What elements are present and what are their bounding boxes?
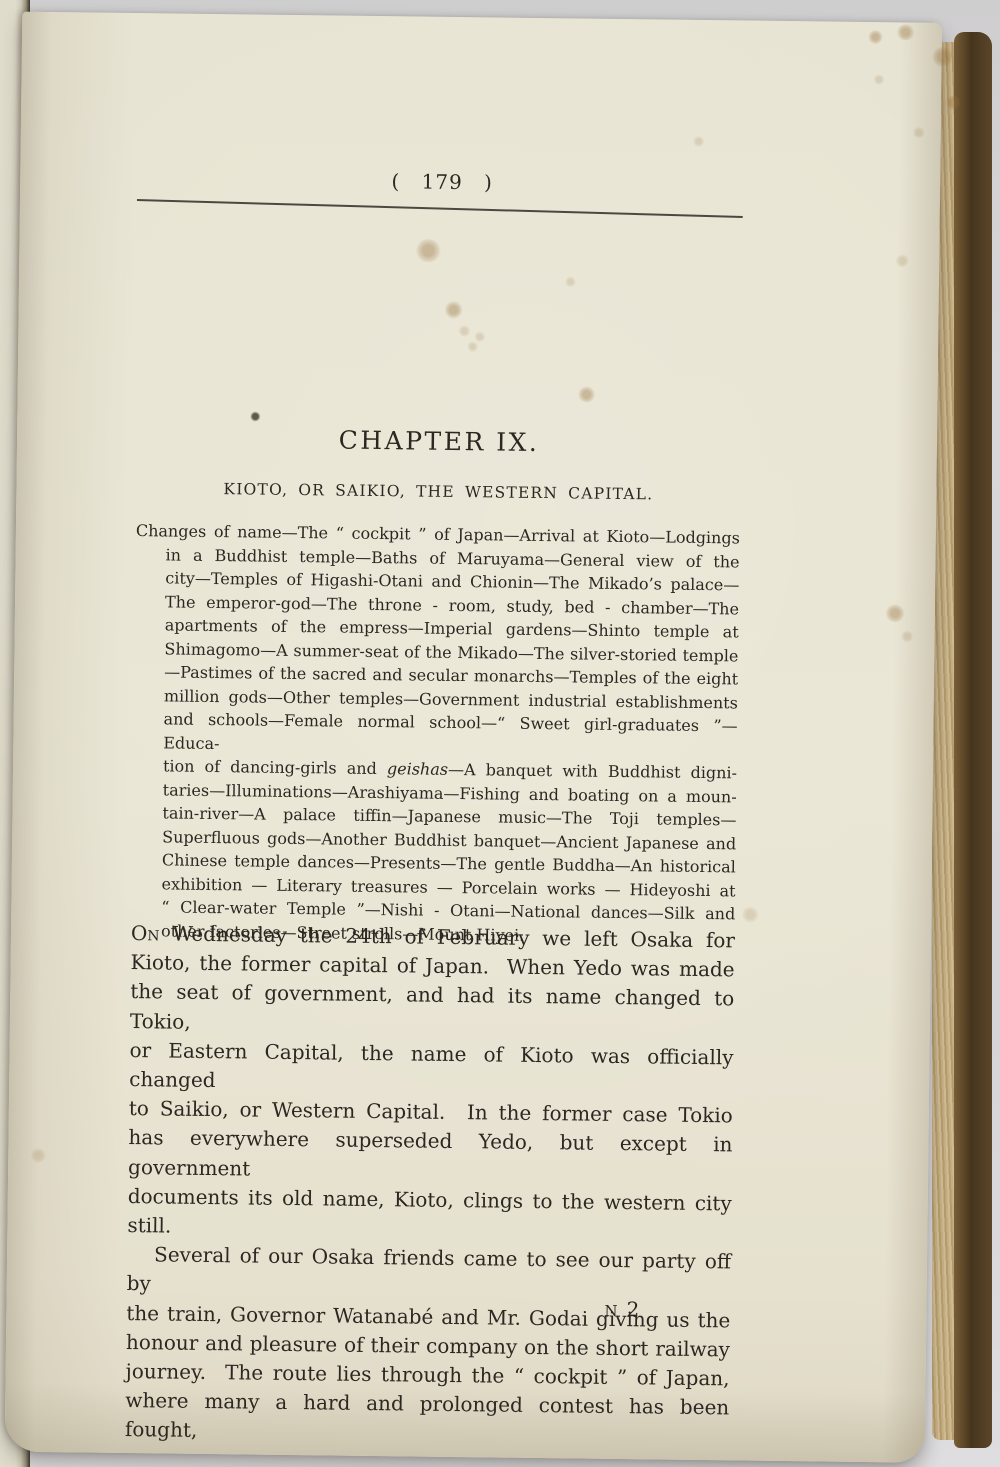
page-stains [22,12,942,23]
chapter-title: CHAPTER IX. [137,423,741,459]
body-line: Several of our Osaka friends came to see… [127,1240,732,1306]
italic-word: geishas [387,759,448,779]
body-text: On Wednesday the 24th of February we lef… [125,919,735,1452]
body-line: or Eastern Capital, the name of Kioto wa… [129,1036,734,1102]
book-photo: ( 179 ) CHAPTER IX. KIOTO, OR SAIKIO, TH… [0,0,1000,1467]
signature-mark: N2 [604,1297,639,1321]
chapter-synopsis: Changes of name—The “ cockpit ” of Japan… [131,519,740,949]
body-line: the seat of government, and had its name… [130,977,735,1043]
body-line: where many a hard and prolonged contest … [125,1386,730,1452]
chapter-subtitle: KIOTO, OR SAIKIO, THE WESTERN CAPITAL. [136,479,740,504]
body-line: has everywhere superseded Yedo, but exce… [128,1123,733,1189]
book-cover-edge [954,32,992,1448]
synopsis-line: and schools—Female normal school—“ Sweet… [133,707,738,761]
book-page: ( 179 ) CHAPTER IX. KIOTO, OR SAIKIO, TH… [5,12,943,1463]
text-block: ( 179 ) CHAPTER IX. KIOTO, OR SAIKIO, TH… [142,13,746,20]
page-number: ( 179 ) [140,166,744,197]
header-rule [137,199,743,218]
paragraph-lead: On [131,921,160,945]
